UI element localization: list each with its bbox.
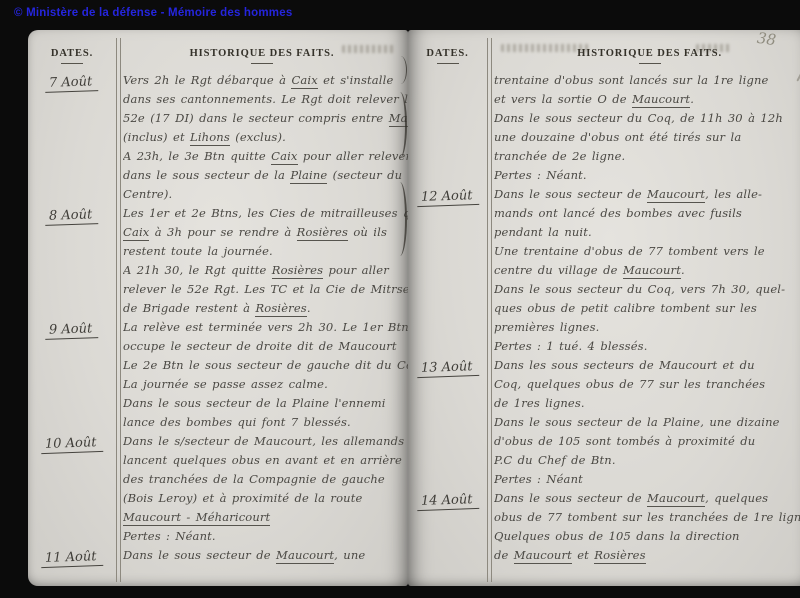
entry-date: 8 Août — [45, 207, 99, 226]
handwriting-segment: Dans le sous secteur du Coq, vers 7h 30,… — [494, 282, 785, 296]
entry-line: Dans le sous secteur de Maucourt, une — [123, 546, 408, 565]
handwriting-segment: lancent quelques obus en avant et en arr… — [123, 453, 402, 467]
handwriting-segment: des tranchées de la Compagnie de gauche — [123, 472, 385, 486]
handwriting-segment: à 3h pour se rendre à — [149, 225, 296, 239]
entry-text-cell: Vers 2h le Rgt débarque à Caix et s'inst… — [116, 71, 408, 204]
handwriting-segment: Caix — [123, 225, 149, 241]
copyright-bar: © Ministère de la défense - Mémoire des … — [0, 0, 800, 29]
entry-line: dans le sous secteur de la Plaine (secte… — [123, 166, 408, 185]
diary-entry: 11 AoûtDans le sous secteur de Maucourt,… — [28, 546, 408, 567]
faits-header-label: HISTORIQUE DES FAITS. — [190, 48, 335, 59]
entry-line: des tranchées de la Compagnie de gauche — [123, 470, 408, 489]
handwriting-segment: Plaine — [290, 168, 327, 184]
copyright-text: © Ministère de la défense - Mémoire des … — [14, 7, 292, 19]
left-page: DATES. HISTORIQUE DES FAITS. 7 AoûtVers … — [28, 30, 408, 586]
handwriting-segment: Rosières — [594, 548, 645, 564]
entry-line: Caix à 3h pour se rendre à Rosières où i… — [123, 223, 408, 242]
dates-column-header: DATES. — [408, 41, 487, 64]
entry-line: Centre). — [123, 185, 408, 204]
handwriting-segment: et s'installe — [318, 73, 394, 87]
handwriting-segment: pour aller relever — [298, 149, 408, 163]
entry-line: et vers la sortie O de Maucourt. — [494, 90, 800, 109]
entry-date: 13 Août — [416, 359, 478, 378]
handwriting-segment: Maucourt — [632, 92, 690, 108]
handwriting-segment: Les 1er et 2e Btns, les Cies de mitraill… — [123, 206, 408, 220]
handwriting-segment: centre du village de — [494, 263, 623, 277]
handwriting-segment: mands ont lancé des bombes avec fusils — [494, 206, 742, 220]
entry-date-cell: 7 Août — [28, 71, 116, 92]
handwriting-segment: Dans le sous secteur de la Plaine l'enne… — [123, 396, 386, 410]
handwriting-segment: Maucourt — [647, 491, 705, 507]
page-number: 38 — [756, 29, 777, 49]
handwriting-segment: A 23h, le 3e Btn quitte — [123, 149, 271, 163]
entry-line: Quelques obus de 105 dans la direction — [494, 527, 800, 546]
handwriting-segment: (inclus) et — [123, 130, 190, 144]
faits-column-header: HISTORIQUE DES FAITS. — [487, 41, 800, 64]
header-rule — [437, 63, 459, 64]
handwriting-segment: de Brigade restent à — [123, 301, 255, 315]
right-page-entries: trentaine d'obus sont lancés sur la 1re … — [408, 71, 800, 565]
handwriting-segment: Dans le sous secteur de — [494, 187, 647, 201]
handwriting-segment: Lihons — [190, 130, 230, 146]
entry-line: une douzaine d'obus ont été tirés sur la — [494, 128, 800, 147]
handwriting-segment: Dans le sous secteur de — [494, 491, 647, 505]
entry-line: mands ont lancé des bombes avec fusils — [494, 204, 800, 223]
entry-line: Dans les sous secteurs de Maucourt et du — [494, 356, 800, 375]
handwriting-segment: Rosières — [272, 263, 323, 279]
handwriting-segment: Pertes : Néant. — [494, 168, 587, 182]
handwriting-segment: Centre). — [123, 187, 172, 201]
entry-date: 9 Août — [45, 321, 99, 340]
handwriting-segment: , les alle- — [705, 187, 762, 201]
left-page-header: DATES. HISTORIQUE DES FAITS. — [28, 30, 408, 64]
entry-line: A 23h, le 3e Btn quitte Caix pour aller … — [123, 147, 408, 166]
faits-column-header: HISTORIQUE DES FAITS. — [116, 41, 408, 64]
left-page-entries: 7 AoûtVers 2h le Rgt débarque à Caix et … — [28, 71, 408, 567]
handwriting-segment: de 1res lignes. — [494, 396, 585, 410]
entry-line: lancent quelques obus en avant et en arr… — [123, 451, 408, 470]
dates-header-label: DATES. — [426, 48, 468, 59]
handwriting-segment: Maucourt — [647, 187, 705, 203]
register-scan: DATES. HISTORIQUE DES FAITS. 7 AoûtVers … — [28, 30, 787, 586]
entry-line: (Bois Leroy) et à proximité de la route — [123, 489, 408, 508]
entry-text-cell: Les 1er et 2e Btns, les Cies de mitraill… — [116, 204, 408, 318]
handwriting-segment: restent toute la journée. — [123, 244, 273, 258]
dates-column-header: DATES. — [28, 41, 116, 64]
entry-date: 14 Août — [416, 492, 478, 511]
entry-line: Dans le sous secteur du Coq, de 11h 30 à… — [494, 109, 800, 128]
entry-line: Pertes : 1 tué. 4 blessés. — [494, 337, 800, 356]
entry-line: trentaine d'obus sont lancés sur la 1re … — [494, 71, 800, 90]
handwriting-segment: d'obus de 105 sont tombés à proximité du — [494, 434, 755, 448]
handwriting-segment: Dans le sous secteur de — [123, 548, 276, 562]
entry-line: A 21h 30, le Rgt quitte Rosières pour al… — [123, 261, 408, 280]
diary-entry: 10 AoûtDans le s/secteur de Maucourt, le… — [28, 432, 408, 546]
handwriting-segment: (Bois Leroy) et à proximité de la route — [123, 491, 362, 505]
entry-line: La journée se passe assez calme. — [123, 375, 408, 394]
handwriting-segment: , une — [334, 548, 365, 562]
handwriting-segment: Pertes : 1 tué. 4 blessés. — [494, 339, 648, 353]
handwriting-segment: obus de 77 tombent sur les tranchées de … — [494, 510, 800, 524]
handwriting-segment: premières lignes. — [494, 320, 599, 334]
entry-line: occupe le secteur de droite dit de Mauco… — [123, 337, 408, 356]
handwriting-segment: Quelques obus de 105 dans la direction — [494, 529, 740, 543]
handwriting-segment: Rosières — [297, 225, 348, 241]
diary-entry: 7 AoûtVers 2h le Rgt débarque à Caix et … — [28, 71, 408, 204]
faits-header-label: HISTORIQUE DES FAITS. — [577, 48, 722, 59]
entry-line: Maucourt - Méharicourt — [123, 508, 408, 527]
diary-entry: 13 AoûtDans les sous secteurs de Maucour… — [408, 356, 800, 489]
handwriting-segment: Dans le sous secteur de la Plaine, une d… — [494, 415, 780, 429]
entry-line: de Maucourt et Rosières — [494, 546, 800, 565]
handwriting-segment: Caix — [291, 73, 317, 89]
handwriting-segment: et vers la sortie O de — [494, 92, 632, 106]
entry-date-cell: 10 Août — [28, 432, 116, 453]
entry-line: pendant la nuit. — [494, 223, 800, 242]
handwriting-segment: pour aller — [323, 263, 389, 277]
entry-line: Pertes : Néant. — [123, 527, 408, 546]
handwriting-segment: ques obus de petit calibre tombent sur l… — [494, 301, 757, 315]
entry-line: Une trentaine d'obus de 77 tombent vers … — [494, 242, 800, 261]
handwriting-segment: . — [690, 92, 694, 106]
handwriting-segment: A 21h 30, le Rgt quitte — [123, 263, 272, 277]
entry-date-cell: 8 Août — [28, 204, 116, 225]
handwriting-segment: Pertes : Néant — [494, 472, 583, 486]
entry-line: Les 1er et 2e Btns, les Cies de mitraill… — [123, 204, 408, 223]
right-page: 38 DATES. HISTORIQUE DES FAITS. trentain… — [408, 30, 800, 586]
entry-text-cell: Dans le sous secteur de Maucourt, une — [116, 546, 408, 565]
handwriting-segment: Rosières — [255, 301, 306, 317]
entry-line: 52e (17 DI) dans le secteur compris entr… — [123, 109, 408, 128]
entry-line: de 1res lignes. — [494, 394, 800, 413]
handwriting-segment: trentaine d'obus sont lancés sur la 1re … — [494, 73, 768, 87]
entry-date: 12 Août — [416, 188, 478, 207]
handwriting-segment: pendant la nuit. — [494, 225, 592, 239]
diary-entry: 9 AoûtLa relève est terminée vers 2h 30.… — [28, 318, 408, 432]
handwriting-segment: Une trentaine d'obus de 77 tombent vers … — [494, 244, 765, 258]
entry-line: Pertes : Néant — [494, 470, 800, 489]
entry-line: dans ses cantonnements. Le Rgt doit rele… — [123, 90, 408, 109]
handwriting-segment: Maucourt — [623, 263, 681, 279]
diary-entry: 8 AoûtLes 1er et 2e Btns, les Cies de mi… — [28, 204, 408, 318]
handwriting-segment: . — [681, 263, 685, 277]
entry-text-cell: Dans les sous secteurs de Maucourt et du… — [487, 356, 800, 489]
entry-line: centre du village de Maucourt. — [494, 261, 800, 280]
handwriting-segment: dans le sous secteur de la — [123, 168, 290, 182]
entry-date: 7 Août — [45, 74, 99, 93]
entry-line: premières lignes. — [494, 318, 800, 337]
handwriting-segment: Maucourt — [276, 548, 334, 564]
right-page-header: DATES. HISTORIQUE DES FAITS. — [408, 30, 800, 64]
entry-line: ques obus de petit calibre tombent sur l… — [494, 299, 800, 318]
entry-date: 11 Août — [41, 549, 103, 568]
entry-line: Dans le sous secteur de la Plaine l'enne… — [123, 394, 408, 413]
handwriting-segment: Maucourt — [514, 548, 572, 564]
handwriting-segment: La relève est terminée vers 2h 30. Le 1e… — [123, 320, 408, 334]
handwriting-segment: Le 2e Btn le sous secteur de gauche dit … — [123, 358, 408, 372]
handwriting-segment: une douzaine d'obus ont été tirés sur la — [494, 130, 741, 144]
diary-entry: 12 AoûtDans le sous secteur de Maucourt,… — [408, 185, 800, 356]
handwriting-segment: occupe le secteur de droite dit de Mauco… — [123, 339, 397, 353]
handwriting-segment: relever le 52e Rgt. Les TC et la Cie de … — [123, 282, 408, 296]
handwriting-segment: Dans le sous secteur du Coq, de 11h 30 à… — [494, 111, 783, 125]
handwriting-segment: Coq, quelques obus de 77 sur les tranché… — [494, 377, 765, 391]
handwriting-segment: où ils — [348, 225, 387, 239]
handwriting-segment: . — [307, 301, 311, 315]
entry-line: Dans le sous secteur de Maucourt, quelqu… — [494, 489, 800, 508]
entry-line: (inclus) et Lihons (exclus). — [123, 128, 408, 147]
handwriting-segment: P.C du Chef de Btn. — [494, 453, 616, 467]
handwriting-segment: lance des bombes qui font 7 blessés. — [123, 415, 351, 429]
entry-line: Vers 2h le Rgt débarque à Caix et s'inst… — [123, 71, 408, 90]
handwriting-segment: (secteur du — [327, 168, 402, 182]
entry-line: La relève est terminée vers 2h 30. Le 1e… — [123, 318, 408, 337]
entry-text-cell: Dans le sous secteur de Maucourt, les al… — [487, 185, 800, 356]
scan-bottom-border — [0, 586, 800, 598]
entry-line: restent toute la journée. — [123, 242, 408, 261]
handwriting-segment: 52e (17 DI) dans le secteur compris entr… — [123, 111, 389, 125]
entry-line: Le 2e Btn le sous secteur de gauche dit … — [123, 356, 408, 375]
entry-line: Pertes : Néant. — [494, 166, 800, 185]
entry-text-cell: Dans le s/secteur de Maucourt, les allem… — [116, 432, 408, 546]
entry-text-cell: trentaine d'obus sont lancés sur la 1re … — [487, 71, 800, 185]
handwriting-segment: dans ses cantonnements. Le Rgt doit rele… — [123, 92, 408, 106]
entry-line: tranchée de 2e ligne. — [494, 147, 800, 166]
diary-entry: trentaine d'obus sont lancés sur la 1re … — [408, 71, 800, 185]
entry-date-cell: 14 Août — [408, 489, 487, 510]
entry-line: Dans le s/secteur de Maucourt, les allem… — [123, 432, 408, 451]
handwriting-segment: Vers 2h le Rgt débarque à — [123, 73, 291, 87]
entry-date-cell: 9 Août — [28, 318, 116, 339]
entry-line: Dans le sous secteur du Coq, vers 7h 30,… — [494, 280, 800, 299]
entry-line: Coq, quelques obus de 77 sur les tranché… — [494, 375, 800, 394]
diary-entry: 14 AoûtDans le sous secteur de Maucourt,… — [408, 489, 800, 565]
handwriting-segment: Dans le s/secteur de Maucourt, les allem… — [123, 434, 404, 448]
handwriting-segment: (exclus). — [230, 130, 286, 144]
header-rule — [251, 63, 273, 64]
handwriting-segment: , quelques — [705, 491, 768, 505]
handwriting-segment: La journée se passe assez calme. — [123, 377, 328, 391]
dates-header-label: DATES. — [51, 48, 93, 59]
handwriting-segment: tranchée de 2e ligne. — [494, 149, 625, 163]
entry-date-cell: 13 Août — [408, 356, 487, 377]
header-rule — [639, 63, 661, 64]
entry-line: d'obus de 105 sont tombés à proximité du — [494, 432, 800, 451]
entry-line: lance des bombes qui font 7 blessés. — [123, 413, 408, 432]
entry-date-cell: 11 Août — [28, 546, 116, 567]
handwriting-segment: Maucourt - Méharicourt — [123, 510, 270, 526]
entry-date-cell: 12 Août — [408, 185, 487, 206]
handwriting-segment: de — [494, 548, 514, 562]
handwriting-segment: et — [572, 548, 594, 562]
header-rule — [61, 63, 83, 64]
entry-text-cell: La relève est terminée vers 2h 30. Le 1e… — [116, 318, 408, 432]
entry-line: P.C du Chef de Btn. — [494, 451, 800, 470]
entry-line: Dans le sous secteur de Maucourt, les al… — [494, 185, 800, 204]
handwriting-segment: Caix — [271, 149, 297, 165]
entry-line: relever le 52e Rgt. Les TC et la Cie de … — [123, 280, 408, 299]
entry-line: Dans le sous secteur de la Plaine, une d… — [494, 413, 800, 432]
entry-date: 10 Août — [41, 435, 103, 454]
handwriting-segment: Pertes : Néant. — [123, 529, 216, 543]
handwriting-segment: Dans les sous secteurs de Maucourt et du — [494, 358, 755, 372]
entry-line: obus de 77 tombent sur les tranchées de … — [494, 508, 800, 527]
entry-line: de Brigade restent à Rosières. — [123, 299, 408, 318]
entry-text-cell: Dans le sous secteur de Maucourt, quelqu… — [487, 489, 800, 565]
